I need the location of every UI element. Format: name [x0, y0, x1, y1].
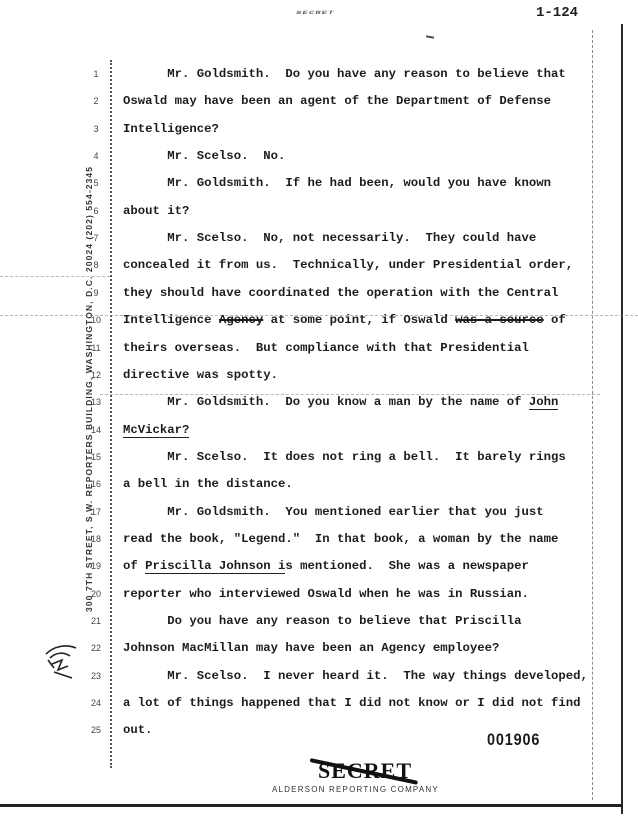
- transcript-line: Mr. Goldsmith. Do you have any reason to…: [123, 67, 566, 81]
- transcript-line: a bell in the distance.: [123, 477, 293, 491]
- line-number: 2: [89, 96, 103, 106]
- scan-noise: [0, 276, 110, 278]
- document-id-number: 001906: [487, 730, 540, 750]
- bottom-page-border: [0, 804, 623, 807]
- line-number: 24: [89, 698, 103, 708]
- transcript-line: Intelligence Agency at some point, if Os…: [123, 313, 566, 327]
- line-number: 4: [89, 151, 103, 161]
- transcript-line: they should have coordinated the operati…: [123, 286, 558, 300]
- underlined-text: John: [529, 395, 559, 410]
- struck-text: was a source: [455, 313, 544, 327]
- transcript-line: of Priscilla Johnson is mentioned. She w…: [123, 559, 529, 573]
- transcript-line: read the book, "Legend." In that book, a…: [123, 532, 558, 546]
- line-number: 5: [89, 178, 103, 188]
- transcript-line: Mr. Goldsmith. You mentioned earlier tha…: [123, 505, 544, 519]
- line-number: 14: [89, 425, 103, 435]
- line-number: 20: [89, 589, 103, 599]
- underlined-text: Priscilla Johnson i: [145, 559, 285, 574]
- transcript-line: Mr. Scelso. It does not ring a bell. It …: [123, 450, 566, 464]
- transcript-line: directive was spotty.: [123, 368, 278, 382]
- header-tick-mark: [426, 35, 434, 38]
- transcript-line: reporter who interviewed Oswald when he …: [123, 587, 529, 601]
- transcript-page: SECRET 1-124 300 7TH STREET, S.W. REPORT…: [0, 0, 638, 824]
- text-segment: of: [544, 313, 566, 327]
- line-number: 23: [89, 671, 103, 681]
- line-number: 9: [89, 288, 103, 298]
- right-page-border: [621, 24, 623, 814]
- transcript-line: Mr. Goldsmith. If he had been, would you…: [123, 176, 551, 190]
- line-number: 11: [89, 343, 103, 353]
- right-margin-rule: [592, 30, 593, 800]
- line-number: 6: [89, 206, 103, 216]
- line-number: 7: [89, 233, 103, 243]
- transcript-line: McVickar?: [123, 423, 189, 437]
- transcript-line: theirs overseas. But compliance with tha…: [123, 341, 529, 355]
- transcript-line: Do you have any reason to believe that P…: [123, 614, 521, 628]
- line-number: 12: [89, 370, 103, 380]
- line-number: 1: [89, 69, 103, 79]
- transcript-line: Mr. Goldsmith. Do you know a man by the …: [123, 395, 558, 409]
- transcript-line: about it?: [123, 204, 189, 218]
- line-number: 15: [89, 452, 103, 462]
- text-segment: s mentioned. She was a newspaper: [285, 559, 529, 573]
- handwritten-initials-icon: [44, 640, 78, 680]
- transcript-line: Mr. Scelso. No.: [123, 149, 285, 163]
- transcript-line: Mr. Scelso. No, not necessarily. They co…: [123, 231, 536, 245]
- transcript-line: a lot of things happened that I did not …: [123, 696, 581, 710]
- line-number: 19: [89, 561, 103, 571]
- text-segment: at some point, if Oswald: [263, 313, 455, 327]
- line-number: 16: [89, 479, 103, 489]
- text-segment: Intelligence: [123, 313, 219, 327]
- transcript-line: out.: [123, 723, 153, 737]
- transcript-line: concealed it from us. Technically, under…: [123, 258, 573, 272]
- line-number: 3: [89, 124, 103, 134]
- line-number: 18: [89, 534, 103, 544]
- line-number: 25: [89, 725, 103, 735]
- line-number: 8: [89, 260, 103, 270]
- line-number: 21: [89, 616, 103, 626]
- page-number: 1-124: [536, 5, 578, 21]
- struck-text: Agency: [219, 313, 263, 327]
- line-number: 17: [89, 507, 103, 517]
- transcript-line: Mr. Scelso. I never heard it. The way th…: [123, 669, 588, 683]
- text-segment: Mr. Goldsmith. Do you know a man by the …: [123, 395, 529, 409]
- transcript-line: Johnson MacMillan may have been an Agenc…: [123, 641, 499, 655]
- left-margin-rule: [110, 60, 112, 768]
- underlined-text: McVickar?: [123, 423, 189, 438]
- line-number: 13: [89, 397, 103, 407]
- header-classification-mark: SECRET: [295, 10, 335, 16]
- transcript-line: Intelligence?: [123, 122, 219, 136]
- line-number: 22: [89, 643, 103, 653]
- reporting-company-label: ALDERSON REPORTING COMPANY: [272, 785, 439, 794]
- line-number: 10: [89, 315, 103, 325]
- text-segment: of: [123, 559, 145, 573]
- transcript-line: Oswald may have been an agent of the Dep…: [123, 94, 551, 108]
